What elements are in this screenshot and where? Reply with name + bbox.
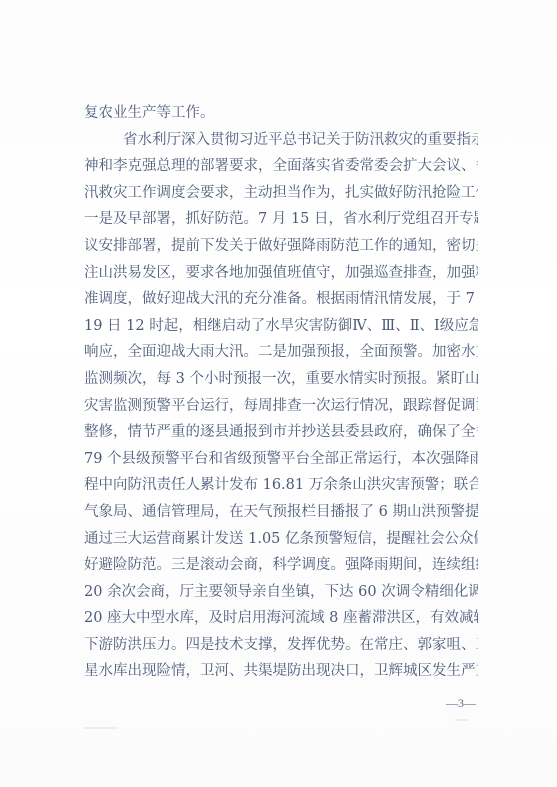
text-line: 好避险防范。三是滚动会商，科学调度。强降雨期间，连续组织 [84, 552, 478, 579]
text-line: 通过三大运营商累计发送 1.05 亿条预警短信，提醒社会公众做 [84, 526, 478, 553]
text-line: 监测频次，每 3 个小时预报一次，重要水情实时预报。紧盯山洪 [84, 366, 478, 393]
scan-artifact [455, 719, 469, 721]
text-line: 20 座大中型水库，及时启用海河流域 8 座蓄滞洪区，有效减轻了 [84, 605, 478, 632]
text-line: 灾害监测预警平台运行，每周排查一次运行情况，跟踪督促调试 [84, 393, 478, 420]
text-line: 一是及早部署，抓好防范。7 月 15 日，省水利厅党组召开专题会 [84, 206, 478, 233]
text-line: 议安排部署，提前下发关于做好强降雨防范工作的通知，密切关 [84, 233, 478, 260]
text-line: 20 余次会商，厅主要领导亲自坐镇，下达 60 次调令精细化调度 [84, 579, 478, 606]
text-line: 气象局、通信管理局，在天气预报栏目播报了 6 期山洪预警提示， [84, 499, 478, 526]
document-page: 复农业生产等工作。 省水利厅深入贯彻习近平总书记关于防汛救灾的重要指示精 神和李… [0, 0, 557, 787]
text-line: 整修，情节严重的逐县通报到市并抄送县委县政府，确保了全省 [84, 419, 478, 446]
page-number: —3— [446, 696, 476, 711]
text-line: 下游防洪压力。四是技术支撑，发挥优势。在常庄、郭家咀、五 [84, 632, 478, 659]
text-line: 复农业生产等工作。 [84, 100, 478, 127]
text-line: 程中向防汛责任人累计发布 16.81 万余条山洪灾害预警；联合省 [84, 472, 478, 499]
text-line: 79 个县级预警平台和省级预警平台全部正常运行，本次强降雨过 [84, 446, 478, 473]
text-line: 注山洪易发区，要求各地加强值班值守，加强巡查排查，加强精 [84, 260, 478, 287]
document-body: 复农业生产等工作。 省水利厅深入贯彻习近平总书记关于防汛救灾的重要指示精 神和李… [84, 100, 478, 685]
text-line: 响应，全面迎战大雨大汛。二是加强预报，全面预警。加密水文 [84, 339, 478, 366]
text-line: 星水库出现险情，卫河、共渠堤防出现决口，卫辉城区发生严重 [84, 658, 478, 685]
paragraph-first-line: 省水利厅深入贯彻习近平总书记关于防汛救灾的重要指示精 [84, 127, 478, 154]
text-line: 神和李克强总理的部署要求，全面落实省委常委会扩大会议、省防 [84, 153, 478, 180]
text-line: 准调度，做好迎战大汛的充分准备。根据雨情汛情发展，于 7 月 [84, 286, 478, 313]
text-line: 汛救灾工作调度会要求，主动担当作为，扎实做好防汛抢险工作。 [84, 180, 478, 207]
scan-artifact [84, 727, 118, 729]
text-line: 19 日 12 时起，相继启动了水旱灾害防御Ⅳ、Ⅲ、Ⅱ、Ⅰ级应急 [84, 313, 478, 340]
